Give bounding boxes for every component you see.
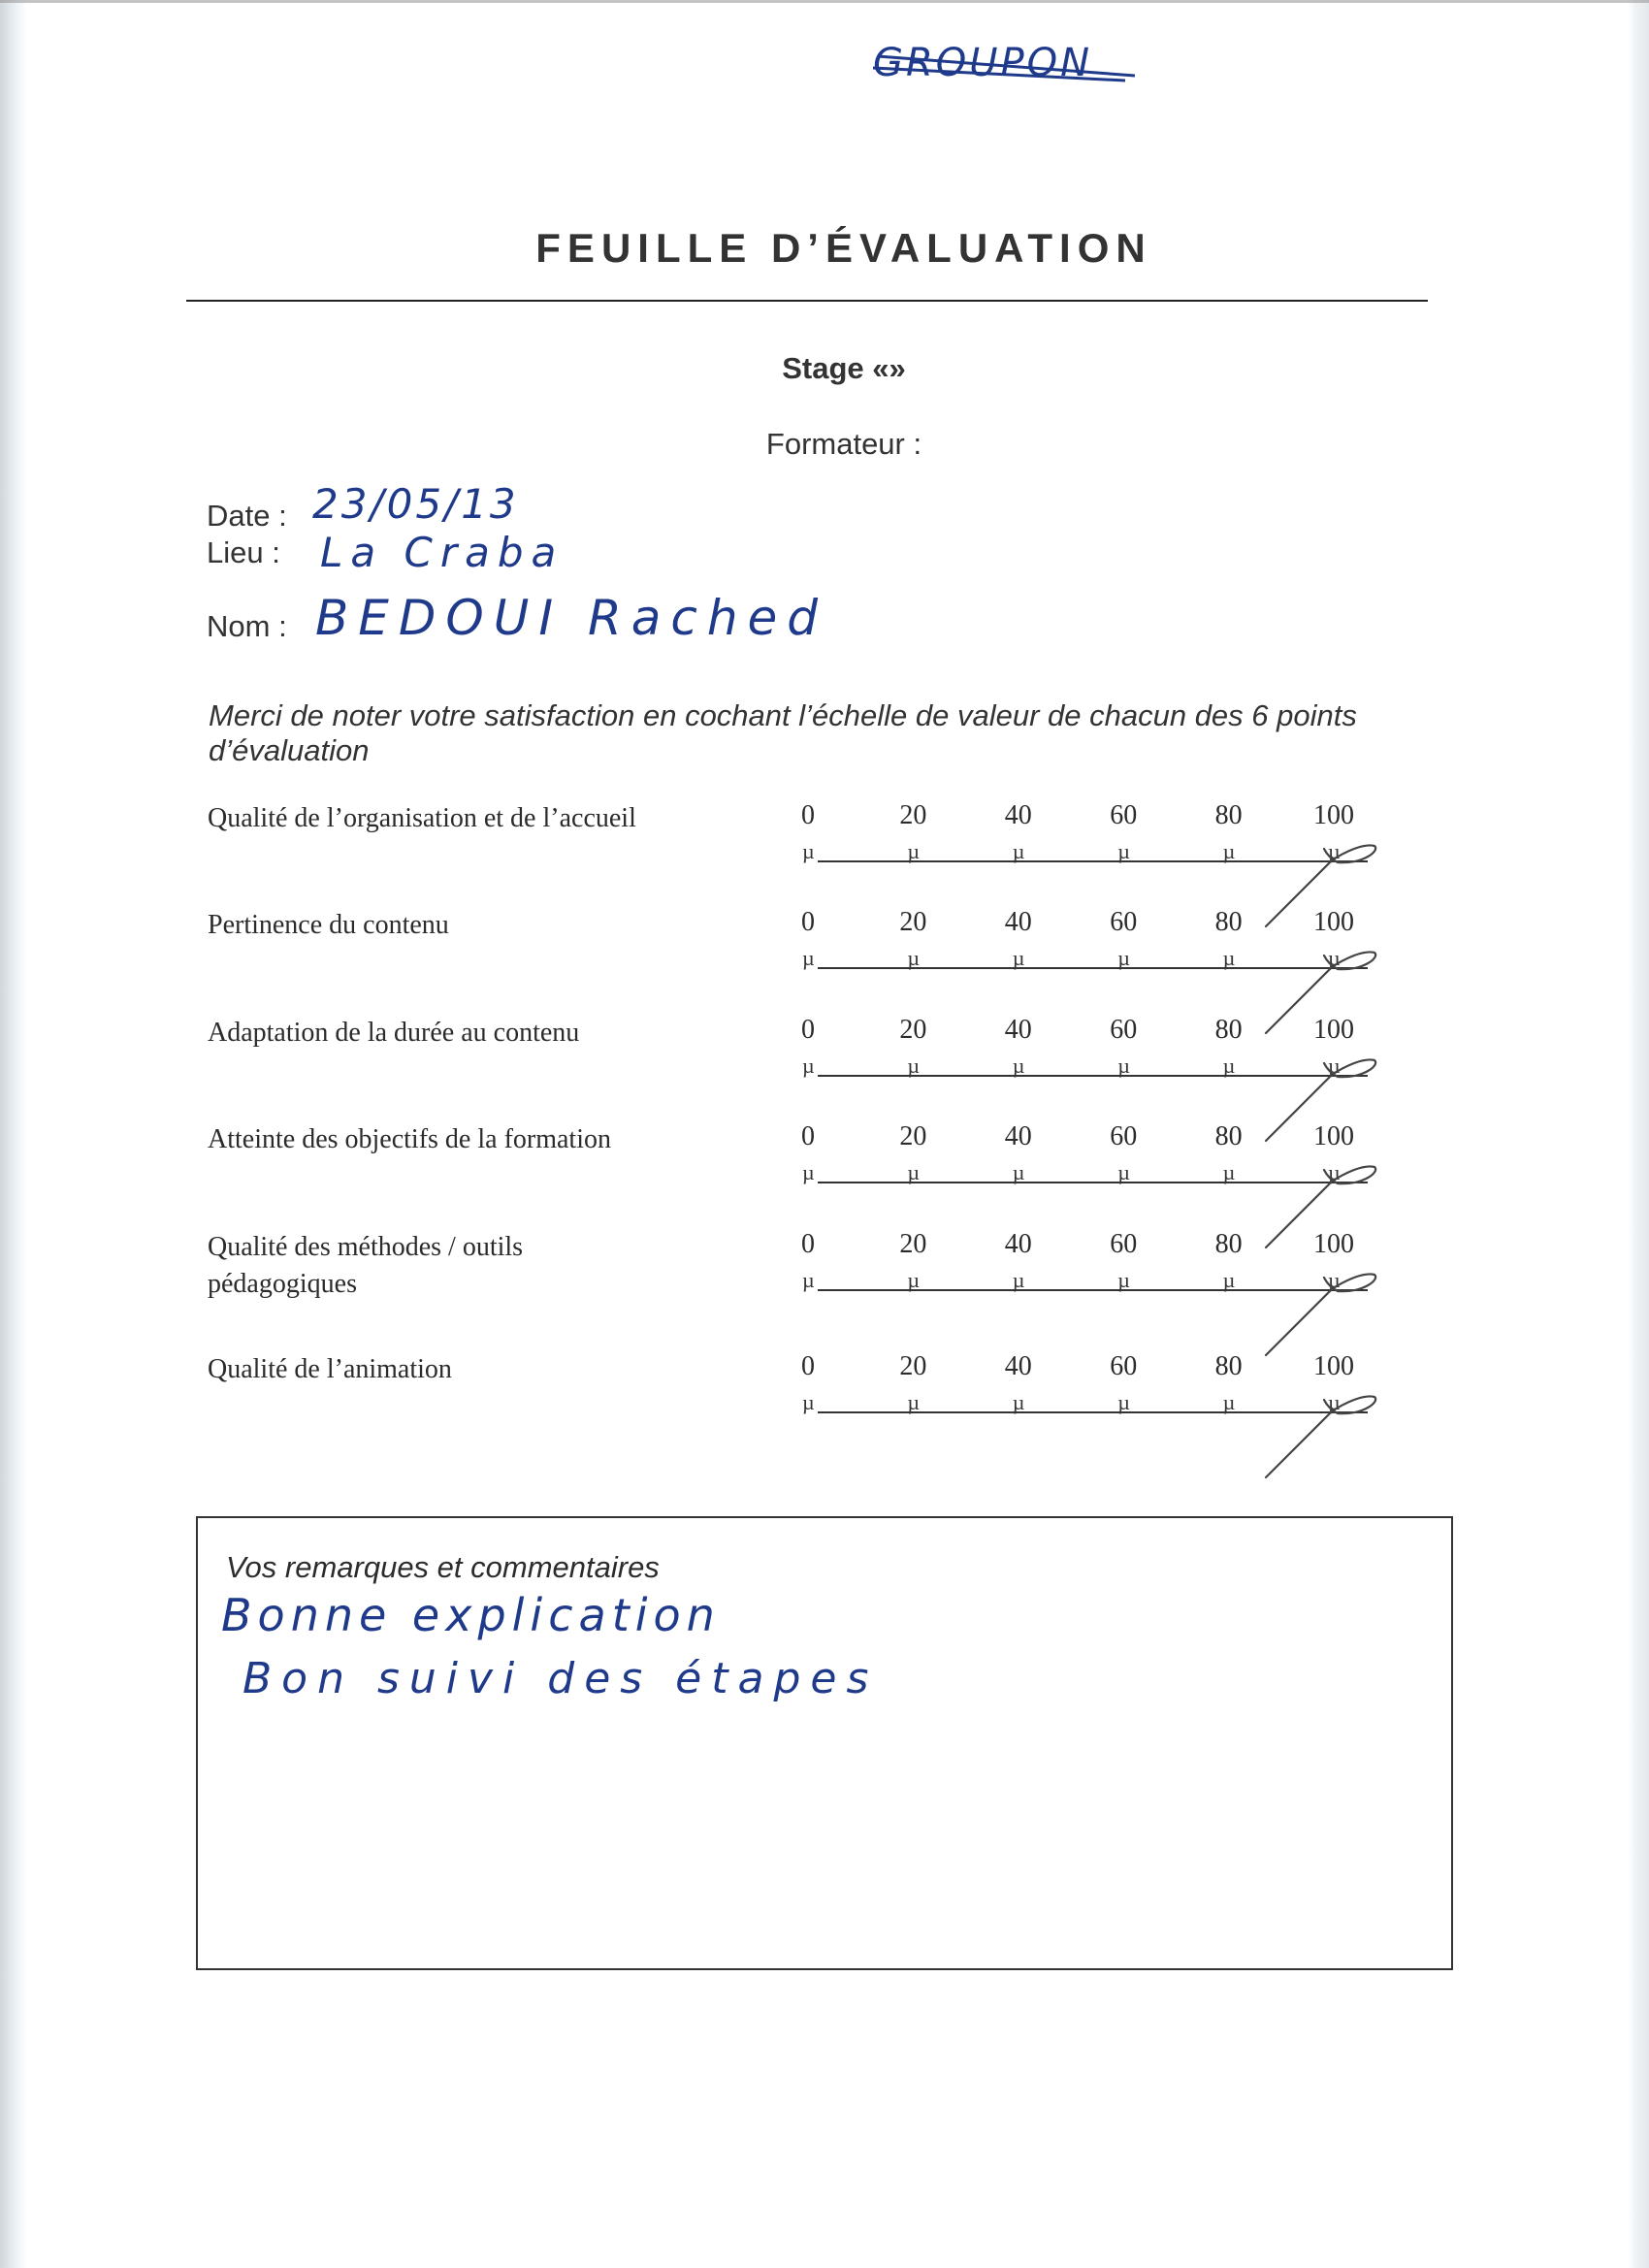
comments-title: Vos remarques et commentaires <box>226 1550 660 1585</box>
check-mark-icon <box>1266 1059 1375 1141</box>
comment-line-1: Bonne explication <box>221 1589 721 1641</box>
check-mark-icon <box>1266 1166 1375 1247</box>
comment-line-2: Bon suivi des étapes <box>242 1654 878 1703</box>
check-mark-icon <box>1266 1396 1375 1477</box>
check-mark-icon <box>1266 952 1375 1033</box>
check-mark-icon <box>1266 1274 1375 1355</box>
check-mark-icon <box>1266 845 1375 926</box>
